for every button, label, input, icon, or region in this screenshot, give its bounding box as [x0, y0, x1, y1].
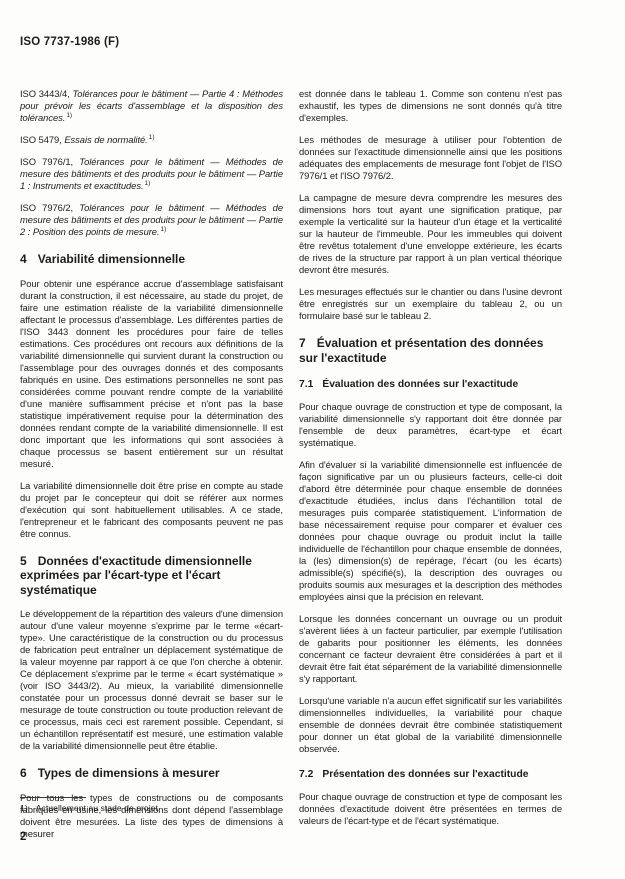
paragraph: Afin d'évaluer si la variabilité dimensi… [299, 459, 562, 603]
section-number: 6 [20, 766, 27, 780]
footnote-divider [20, 797, 86, 798]
paragraph: Pour tous les types de constructions ou … [20, 792, 283, 840]
reference-code: ISO 7976/1, [20, 156, 73, 167]
document-page: ISO 7737-1986 (F) ISO 3443/4, Tolérances… [0, 0, 625, 879]
subsection-title: Présentation des données sur l'exactitud… [322, 769, 528, 780]
section-number: 7 [299, 336, 306, 350]
paragraph: Lorsque les données concernant un ouvrag… [299, 613, 562, 685]
reference-iso-7976-2: ISO 7976/2, Tolérances pour le bâtiment … [20, 202, 283, 238]
section-title: Évaluation et présentation des données s… [299, 336, 543, 365]
paragraph: est donnée dans le tableau 1. Comme son … [299, 88, 562, 124]
reference-title: Essais de normalité. [64, 134, 147, 145]
paragraph: Pour chaque ouvrage de construction et t… [299, 401, 562, 449]
section-5-heading: 5Données d'exactitude dimensionnelle exp… [20, 554, 283, 598]
reference-iso-5479: ISO 5479, Essais de normalité.1) [20, 134, 283, 146]
document-reference-header: ISO 7737-1986 (F) [20, 36, 119, 48]
paragraph: La variabilité dimensionnelle doit être … [20, 480, 283, 540]
section-title: Types de dimensions à mesurer [38, 766, 220, 780]
section-6-heading: 6Types de dimensions à mesurer [20, 766, 283, 781]
section-number: 4 [20, 252, 27, 266]
footnote-marker: 1) [149, 134, 155, 141]
subsection-title: Évaluation des données sur l'exactitude [322, 379, 518, 390]
page-number: 2 [20, 831, 26, 843]
paragraph: Pour chaque ouvrage de construction et t… [299, 791, 562, 827]
footnote-marker: 1) [66, 112, 72, 119]
section-title: Données d'exactitude dimensionnelle expr… [20, 554, 252, 597]
subsection-7-2-heading: 7.2Présentation des données sur l'exacti… [299, 768, 562, 781]
paragraph: Lorsqu'une variable n'a aucun effet sign… [299, 695, 562, 755]
section-number: 5 [20, 554, 27, 568]
paragraph: Les méthodes de mesurage à utiliser pour… [299, 134, 562, 182]
subsection-7-1-heading: 7.1Évaluation des données sur l'exactitu… [299, 378, 562, 391]
section-7-heading: 7Évaluation et présentation des données … [299, 336, 562, 365]
footnote: 1)Actuellement au stade de projet. [20, 803, 283, 814]
section-title: Variabilité dimensionnelle [38, 252, 185, 266]
footnote-text: Actuellement au stade de projet. [36, 803, 161, 813]
reference-iso-7976-1: ISO 7976/1, Tolérances pour le bâtiment … [20, 156, 283, 192]
subsection-number: 7.2 [299, 769, 313, 780]
paragraph: La campagne de mesure devra comprendre l… [299, 192, 562, 276]
paragraph: Les mesurages effectués sur le chantier … [299, 286, 562, 322]
left-column: ISO 3443/4, Tolérances pour le bâtiment … [20, 88, 283, 850]
right-column: est donnée dans le tableau 1. Comme son … [299, 88, 562, 837]
reference-code: ISO 7976/2, [20, 202, 73, 213]
subsection-number: 7.1 [299, 379, 313, 390]
reference-code: ISO 3443/4, [20, 88, 70, 99]
reference-iso-3443-4: ISO 3443/4, Tolérances pour le bâtiment … [20, 88, 283, 124]
paragraph: Pour obtenir une espérance accrue d'asse… [20, 278, 283, 470]
footnote-marker: 1) [20, 803, 28, 813]
paragraph: Le développement de la répartition des v… [20, 608, 283, 752]
footnote-marker: 1) [145, 180, 151, 187]
section-4-heading: 4Variabilité dimensionnelle [20, 252, 283, 267]
reference-code: ISO 5479, [20, 134, 62, 145]
footnote-marker: 1) [161, 226, 167, 233]
